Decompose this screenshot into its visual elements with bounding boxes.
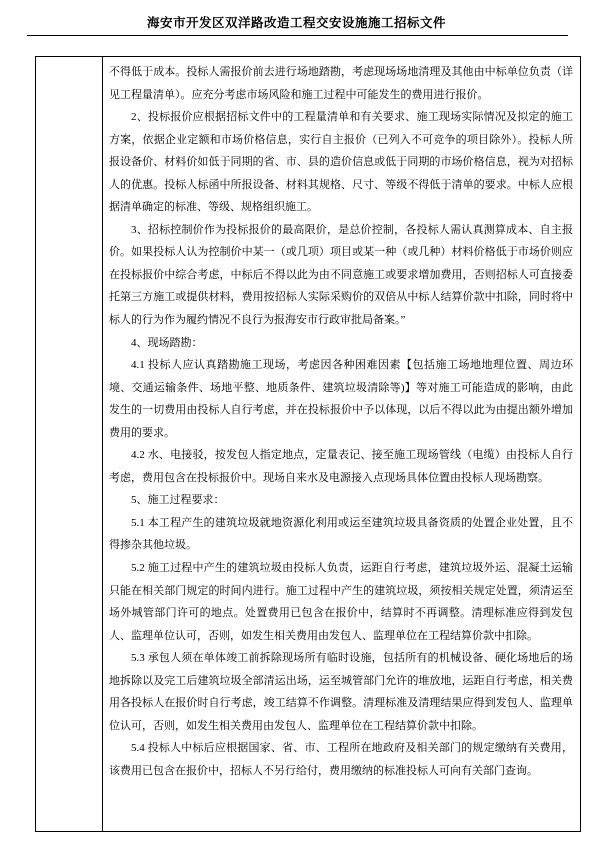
document-paragraphs: 不得低于成本。投标人需报价前去进行场地踏勘，考虑现场场地清理及其他由中标单位负责… [109,61,573,783]
table-content-cell: 不得低于成本。投标人需报价前去进行场地踏勘，考虑现场场地清理及其他由中标单位负责… [103,57,580,831]
paragraph: 不得低于成本。投标人需报价前去进行场地踏勘，考虑现场场地清理及其他由中标单位负责… [109,61,573,106]
paragraph: 4.2 水、电接驳，按发包人指定地点，定量表记、接至施工现场管线（电缆）由投标人… [109,444,573,489]
paragraph: 5、施工过程要求： [109,489,573,512]
paragraph: 3、招标控制价作为投标报价的最高限价，是总价控制，各投标人需认真测算成本、自主报… [109,219,573,332]
paragraph: 2、投标报价应根据招标文件中的工程量清单和有关要求、施工现场实际情况及拟定的施工… [109,106,573,219]
document-table: 不得低于成本。投标人需报价前去进行场地踏勘，考虑现场场地清理及其他由中标单位负责… [35,56,581,832]
header-divider-rule [27,35,568,36]
paragraph: 4.1 投标人应认真踏勘施工现场，考虑因各种困难因素【包括施工场地地理位置、周边… [109,354,573,444]
paragraph: 5.3 承包人须在单体竣工前拆除现场所有临时设施，包括所有的机械设备、硬化场地后… [109,647,573,737]
paragraph: 5.1 本工程产生的建筑垃圾就地资源化利用或运至建筑垃圾具备资质的处置企业处置，… [109,512,573,557]
table-left-label-cell [36,57,103,831]
paragraph: 4、现场踏勘： [109,332,573,355]
page-header-title: 海安市开发区双洋路改造工程交安设施施工招标文件 [0,13,593,31]
document-page: 海安市开发区双洋路改造工程交安设施施工招标文件 不得低于成本。投标人需报价前去进… [0,0,593,847]
paragraph: 5.2 施工过程中产生的建筑垃圾由投标人负责，运距自行考虑，建筑垃圾外运、混凝土… [109,557,573,647]
paragraph: 5.4 投标人中标后应根据国家、省、市、工程所在地政府及相关部门的规定缴纳有关费… [109,737,573,782]
